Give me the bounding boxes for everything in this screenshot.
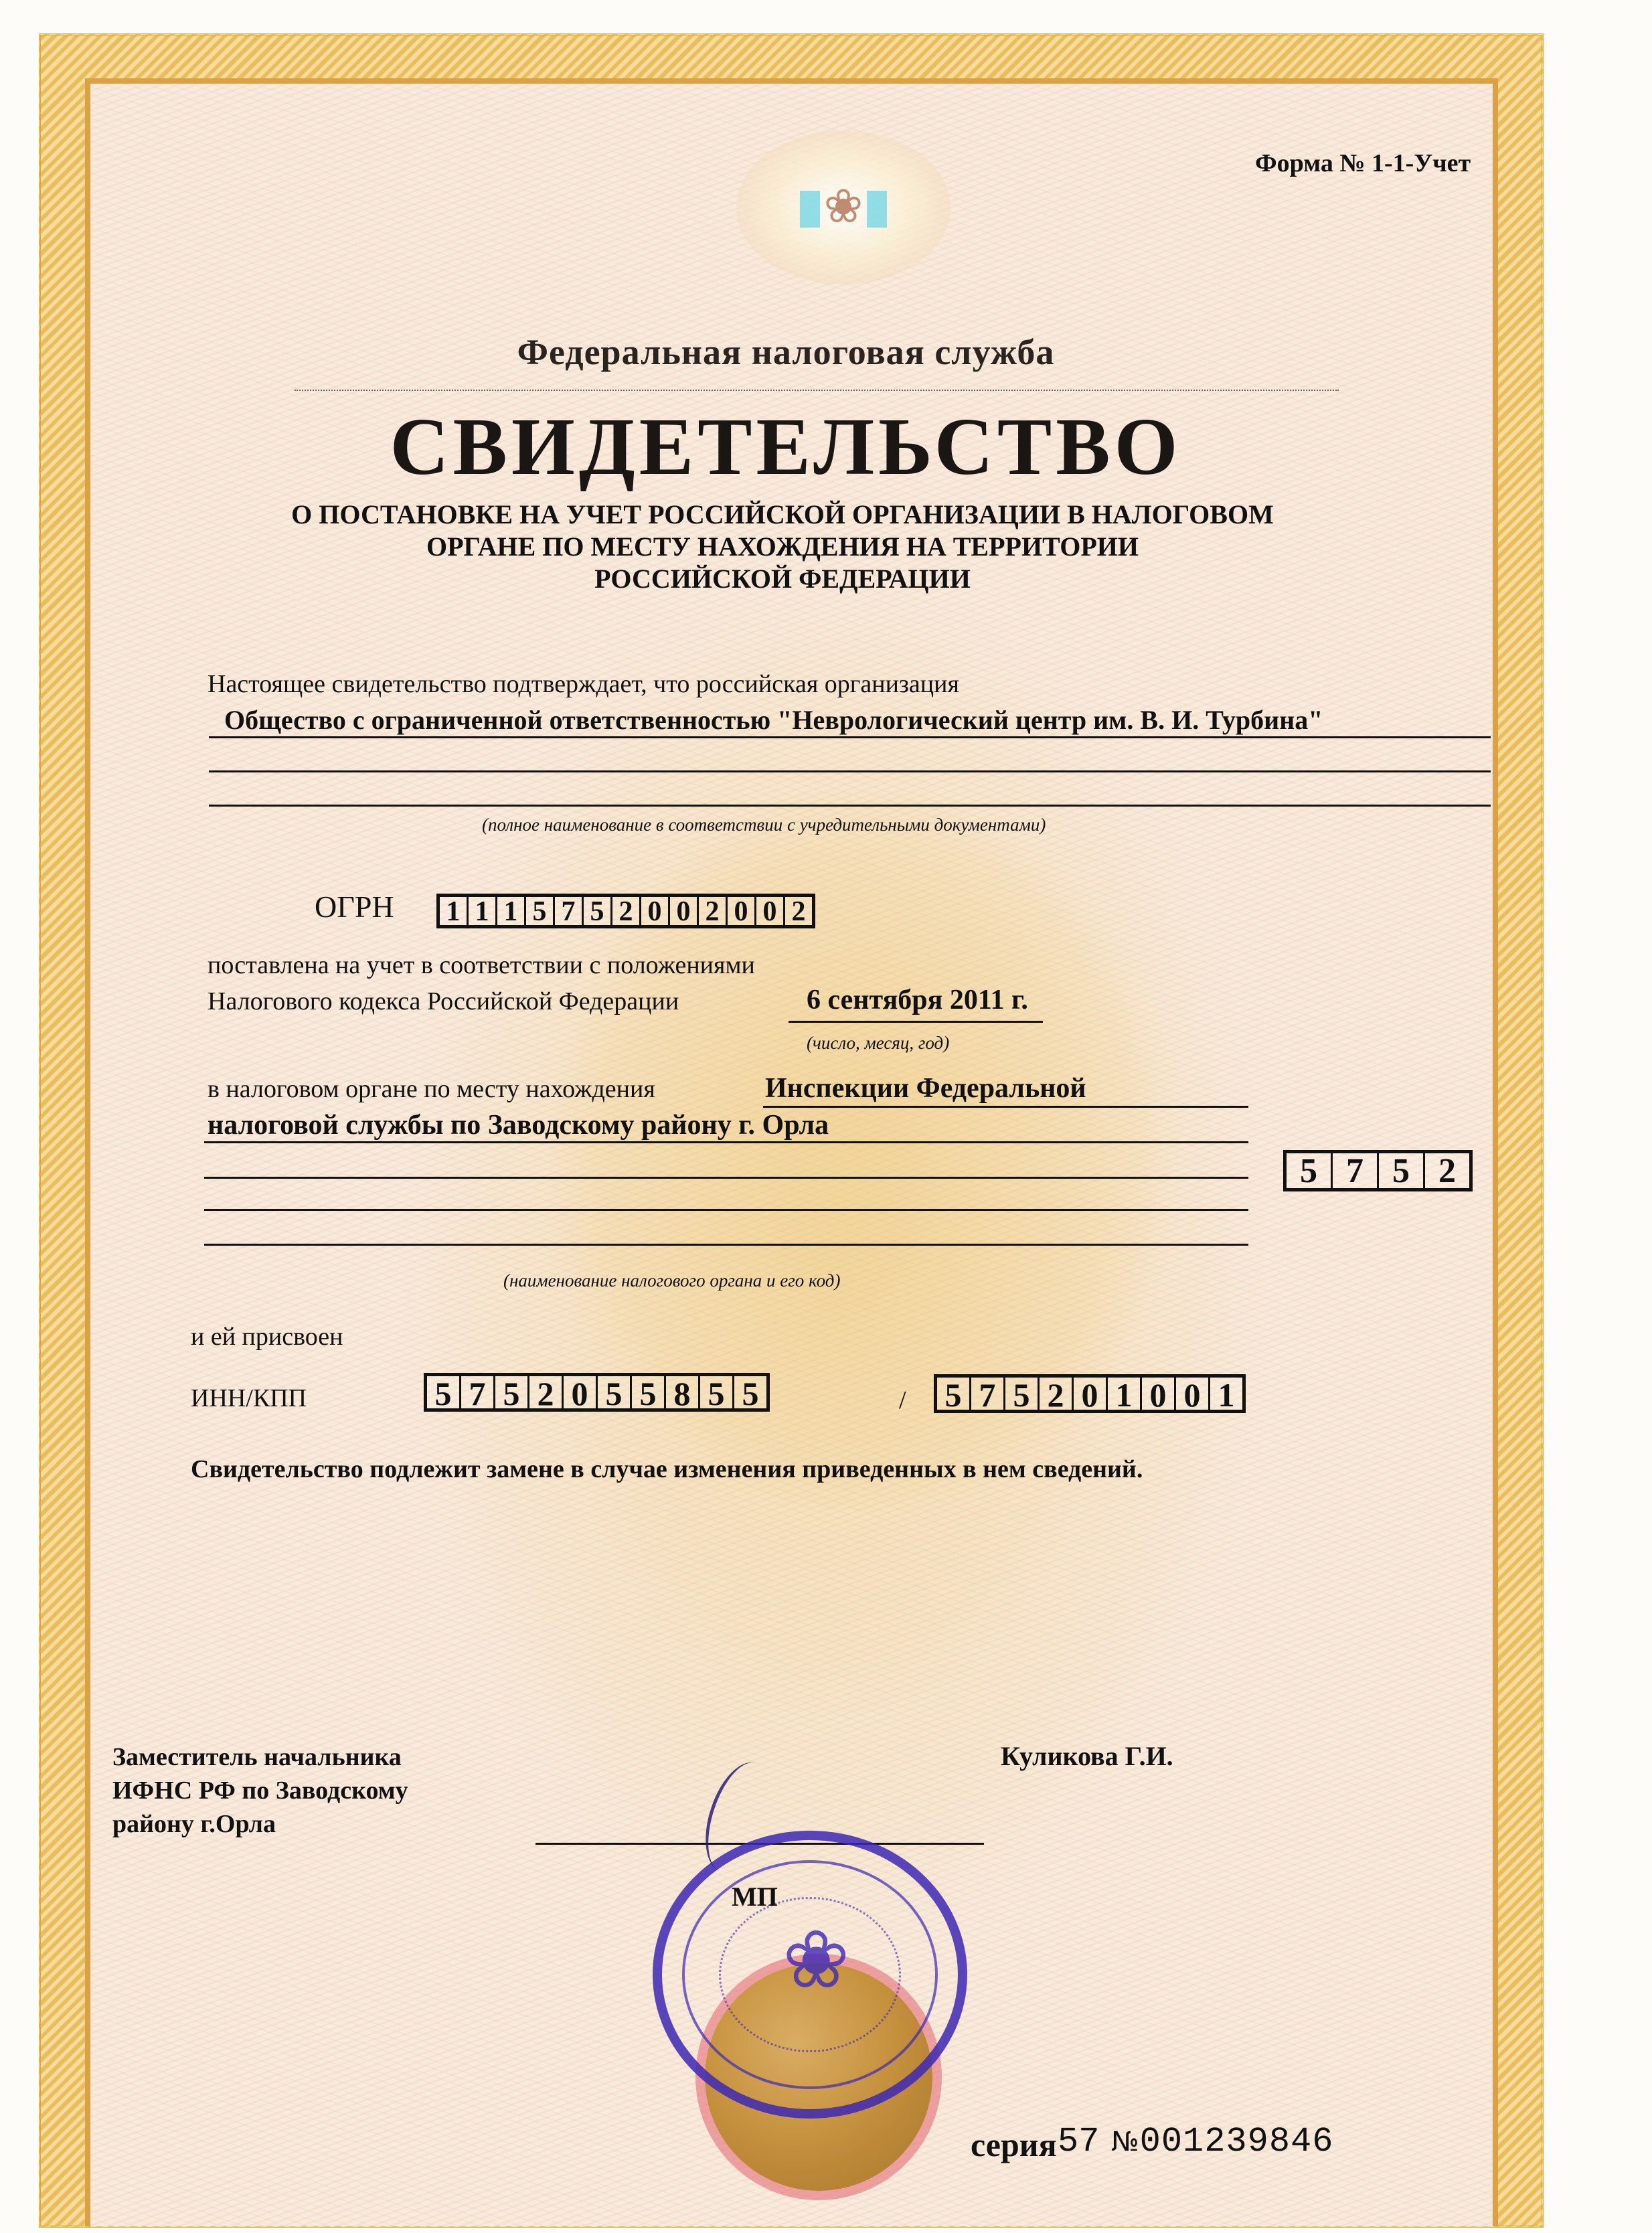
tax-authority-line bbox=[204, 1141, 1248, 1143]
signatory-position: Заместитель начальника ИФНС РФ по Заводс… bbox=[112, 1740, 408, 1841]
organization-full-name: Общество с ограниченной ответственностью… bbox=[224, 704, 1323, 736]
subtitle-line: ОРГАНЕ ПО МЕСТУ НАХОЖДЕНИЯ НА ТЕРРИТОРИИ bbox=[0, 531, 1565, 563]
stamp-eagle-icon: ❀ bbox=[782, 1914, 850, 2007]
digit-cell: 0 bbox=[1074, 1378, 1108, 1410]
kpp-digit-boxes: 575201001 bbox=[934, 1374, 1246, 1413]
flag-stripe-left bbox=[800, 191, 820, 228]
document-title: СВИДЕТЕЛЬСТВО bbox=[0, 400, 1652, 494]
inn-digit-boxes: 5752055855 bbox=[424, 1373, 770, 1412]
signatory-name: Куликова Г.И. bbox=[1001, 1740, 1173, 1772]
digit-cell: 5 bbox=[427, 1376, 461, 1408]
position-line: ИФНС РФ по Заводскому bbox=[112, 1774, 408, 1807]
digit-cell: 5 bbox=[700, 1376, 734, 1408]
registration-text-line1: поставлена на учет в соответствии с поло… bbox=[208, 950, 755, 980]
digit-cell: 0 bbox=[641, 897, 670, 925]
tax-authority-line bbox=[204, 1244, 1248, 1246]
ogrn-digit-boxes: 1115752002002 bbox=[436, 894, 815, 928]
tax-authority-line bbox=[204, 1209, 1248, 1211]
digit-cell: 5 bbox=[526, 897, 555, 925]
date-caption: (число, месяц, год) bbox=[807, 1033, 949, 1054]
serial-number: №001239846 bbox=[1111, 2122, 1333, 2161]
digit-cell: 7 bbox=[1333, 1153, 1379, 1188]
digit-cell: 2 bbox=[529, 1376, 564, 1408]
tax-authority-line bbox=[763, 1106, 1248, 1108]
hologram-icon: ❀ bbox=[736, 131, 951, 284]
digit-cell: 1 bbox=[1108, 1378, 1142, 1410]
digit-cell: 2 bbox=[1425, 1153, 1469, 1188]
subtitle-line: РОССИЙСКОЙ ФЕДЕРАЦИИ bbox=[0, 563, 1565, 595]
registration-date: 6 сентября 2011 г. bbox=[807, 984, 1028, 1016]
document-subtitle: О ПОСТАНОВКЕ НА УЧЕТ РОССИЙСКОЙ ОРГАНИЗА… bbox=[0, 499, 1652, 595]
flag-stripe-right bbox=[867, 191, 887, 228]
digit-cell: 2 bbox=[1040, 1378, 1074, 1410]
digit-cell: 0 bbox=[728, 897, 756, 925]
intro-text: Настоящее свидетельство подтверждает, чт… bbox=[208, 669, 959, 699]
digit-cell: 5 bbox=[1005, 1378, 1040, 1410]
digit-cell: 1 bbox=[440, 897, 469, 925]
tax-authority-line bbox=[204, 1177, 1248, 1179]
digit-cell: 2 bbox=[612, 897, 641, 925]
digit-cell: 1 bbox=[1210, 1378, 1242, 1410]
digit-cell: 0 bbox=[564, 1376, 598, 1408]
tax-authority-intro: в налоговом органе по месту нахождения bbox=[208, 1074, 655, 1104]
inn-kpp-separator: / bbox=[899, 1386, 906, 1415]
official-stamp-icon: ❀ bbox=[653, 1831, 967, 2119]
date-underline bbox=[789, 1021, 1043, 1023]
digit-cell: 2 bbox=[785, 897, 812, 925]
org-name-line bbox=[209, 736, 1491, 738]
serial-number-value: 001239846 bbox=[1140, 2122, 1334, 2161]
digit-cell: 5 bbox=[584, 897, 612, 925]
digit-cell: 2 bbox=[699, 897, 728, 925]
subtitle-line: О ПОСТАНОВКЕ НА УЧЕТ РОССИЙСКОЙ ОРГАНИЗА… bbox=[0, 499, 1565, 531]
digit-cell: 5 bbox=[632, 1376, 666, 1408]
digit-cell: 5 bbox=[734, 1376, 766, 1408]
digit-cell: 0 bbox=[756, 897, 785, 925]
digit-cell: 0 bbox=[1176, 1378, 1210, 1410]
form-number: Форма № 1-1-Учет bbox=[1255, 149, 1471, 178]
agency-name: Федеральная налоговая служба bbox=[0, 331, 1652, 373]
position-line: Заместитель начальника bbox=[112, 1740, 408, 1774]
digit-cell: 5 bbox=[598, 1376, 632, 1408]
agency-divider bbox=[295, 390, 1339, 391]
number-sign: № bbox=[1111, 2127, 1140, 2157]
digit-cell: 0 bbox=[670, 897, 699, 925]
seal-place-label: МП bbox=[732, 1881, 778, 1912]
series-label: серия bbox=[971, 2125, 1057, 2164]
inn-kpp-label: ИНН/КПП bbox=[191, 1384, 307, 1413]
digit-cell: 7 bbox=[971, 1378, 1005, 1410]
tax-authority-caption: (наименование налогового органа и его ко… bbox=[503, 1270, 840, 1291]
digit-cell: 7 bbox=[555, 897, 584, 925]
ogrn-label: ОГРН bbox=[315, 889, 394, 924]
digit-cell: 0 bbox=[1142, 1378, 1176, 1410]
double-headed-eagle-icon: ❀ bbox=[823, 171, 863, 244]
org-name-line bbox=[209, 805, 1491, 807]
org-name-caption: (полное наименование в соответствии с уч… bbox=[482, 815, 1046, 835]
digit-cell: 5 bbox=[1379, 1153, 1425, 1188]
digit-cell: 7 bbox=[461, 1376, 495, 1408]
digit-cell: 1 bbox=[497, 897, 526, 925]
digit-cell: 5 bbox=[495, 1376, 529, 1408]
tax-authority-code-boxes: 5752 bbox=[1283, 1150, 1473, 1191]
digit-cell: 5 bbox=[937, 1378, 971, 1410]
series-value: 57 bbox=[1058, 2122, 1099, 2161]
digit-cell: 8 bbox=[666, 1376, 700, 1408]
replacement-notice: Свидетельство подлежит замене в случае и… bbox=[191, 1455, 1143, 1484]
registration-text-line2: Налогового кодекса Российской Федерации bbox=[208, 987, 679, 1016]
org-name-line bbox=[209, 770, 1491, 772]
digit-cell: 1 bbox=[469, 897, 497, 925]
tax-authority-name-line1: Инспекции Федеральной bbox=[765, 1072, 1086, 1104]
digit-cell: 5 bbox=[1287, 1153, 1333, 1188]
assigned-text: и ей присвоен bbox=[191, 1322, 343, 1351]
position-line: району г.Орла bbox=[112, 1807, 408, 1841]
tax-authority-name-line2: налоговой службы по Заводскому району г.… bbox=[208, 1109, 829, 1141]
